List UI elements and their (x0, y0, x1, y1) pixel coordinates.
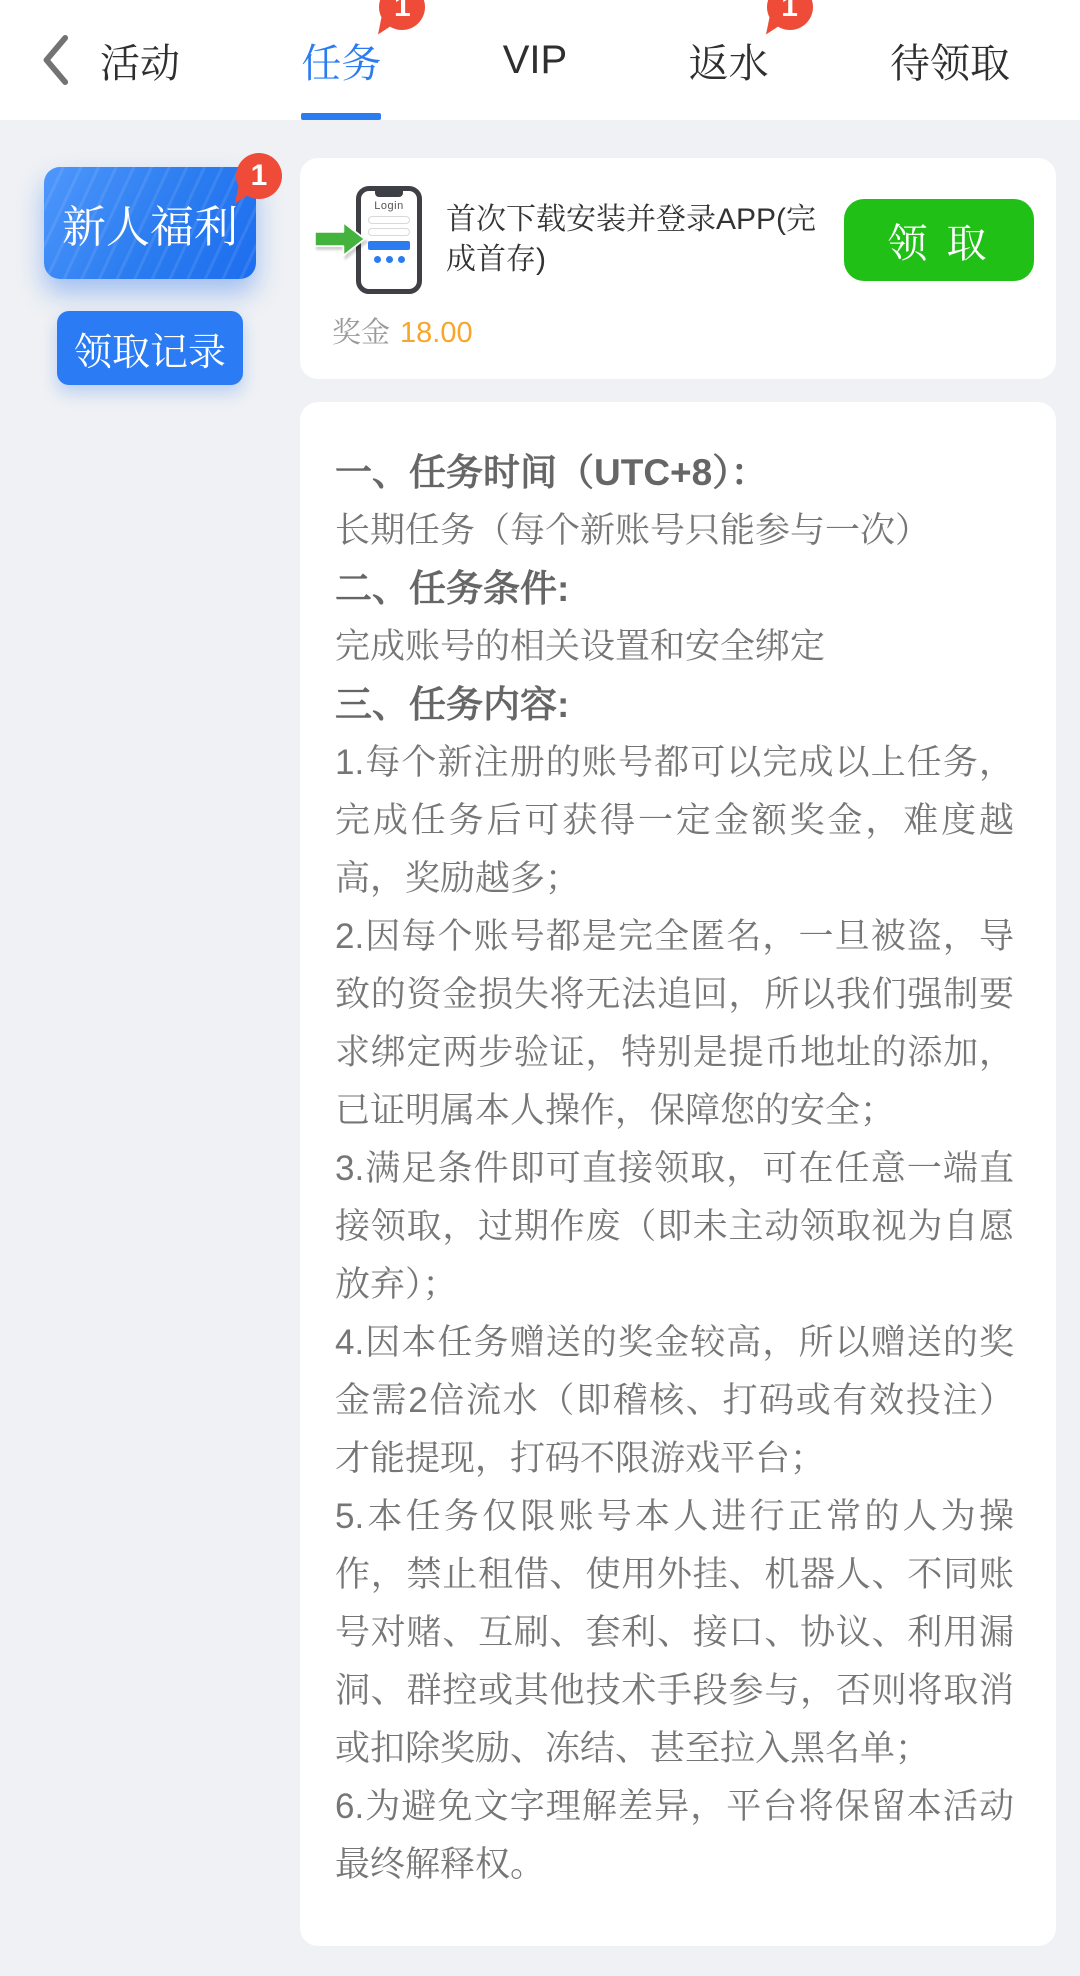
rules-text: 2.因每个账号都是完全匿名，一旦被盗，导致的资金损失将无法追回，所以我们强制要求… (335, 908, 1014, 1140)
sidebar-item-claim-records[interactable]: 领取记录 (57, 311, 243, 385)
chevron-left-icon (38, 32, 72, 88)
notification-badge: 1 (236, 153, 282, 199)
rules-section-title: 三、任务内容: (335, 676, 1014, 734)
sidebar-item-label: 新人福利 (62, 191, 238, 255)
rules-section-title: 二、任务条件: (335, 560, 1014, 618)
rules-text: 长期任务（每个新账号只能参与一次） (335, 502, 1014, 560)
rules-text: 5.本任务仅限账号本人进行正常的人为操作，禁止租借、使用外挂、机器人、不同账号对… (335, 1488, 1014, 1778)
notification-badge: 1 (379, 0, 425, 30)
rules-text: 4.因本任务赠送的奖金较高，所以赠送的奖金需2倍流水（即稽核、打码或有效投注）才… (335, 1314, 1014, 1488)
rules-text: 1.每个新注册的账号都可以完成以上任务，完成任务后可获得一定金额奖金，难度越高，… (335, 734, 1014, 908)
sidebar: 新人福利 1 领取记录 (0, 120, 300, 385)
tab-bar: 活动 任务 1 VIP 返水 1 待领取 (100, 0, 1010, 120)
phone-input-field (368, 228, 410, 236)
phone-login-download-icon: Login (316, 184, 436, 296)
tab-label: 任务 (301, 32, 381, 89)
active-tab-indicator (301, 113, 381, 120)
task-title: 首次下载安装并登录APP(完成首存) (436, 200, 844, 281)
rules-card: 一、任务时间（UTC+8）： 长期任务（每个新账号只能参与一次） 二、任务条件:… (300, 402, 1056, 1946)
rules-text: 完成账号的相关设置和安全绑定 (335, 618, 1014, 676)
claim-button[interactable]: 领 取 (844, 199, 1034, 281)
green-arrow-icon (312, 220, 370, 258)
notification-badge: 1 (767, 0, 813, 30)
tab-activities[interactable]: 活动 (100, 0, 180, 120)
bonus-row: 奖金 18.00 (332, 310, 1034, 351)
tab-vip[interactable]: VIP (503, 0, 567, 120)
rules-section-title: 一、任务时间（UTC+8）： (335, 444, 1014, 502)
tab-rebate[interactable]: 返水 1 (689, 0, 769, 120)
phone-login-button (368, 241, 410, 250)
task-card: Login 首次下载安装并登录APP(完成首存) 领 取 奖金 18.00 (300, 158, 1056, 379)
phone-login-text: Login (361, 200, 417, 212)
phone-notch (375, 191, 403, 197)
task-row: Login 首次下载安装并登录APP(完成首存) 领 取 (316, 184, 1034, 296)
sidebar-item-newcomer-benefits[interactable]: 新人福利 1 (44, 167, 256, 279)
phone-input-field (368, 216, 410, 224)
tab-tasks[interactable]: 任务 1 (301, 0, 381, 120)
rules-text: 3.满足条件即可直接领取，可在任意一端直接领取，过期作废（即未主动领取视为自愿放… (335, 1140, 1014, 1314)
header: 活动 任务 1 VIP 返水 1 待领取 (0, 0, 1080, 120)
main-panel: Login 首次下载安装并登录APP(完成首存) 领 取 奖金 18.00 (300, 120, 1056, 1976)
content: 新人福利 1 领取记录 Login (0, 120, 1080, 1976)
bonus-label: 奖金 (332, 310, 390, 351)
page: 活动 任务 1 VIP 返水 1 待领取 新人福利 1 (0, 0, 1080, 1976)
tab-label: VIP (503, 38, 567, 83)
back-button[interactable] (30, 30, 80, 90)
sidebar-item-label: 领取记录 (74, 321, 226, 376)
tab-pending-claims[interactable]: 待领取 (890, 0, 1010, 120)
tab-label: 待领取 (890, 32, 1010, 89)
rules-text: 6.为避免文字理解差异，平台将保留本活动最终解释权。 (335, 1778, 1014, 1894)
tab-label: 返水 (689, 32, 769, 89)
bonus-value: 18.00 (400, 317, 473, 350)
tab-label: 活动 (100, 32, 180, 89)
